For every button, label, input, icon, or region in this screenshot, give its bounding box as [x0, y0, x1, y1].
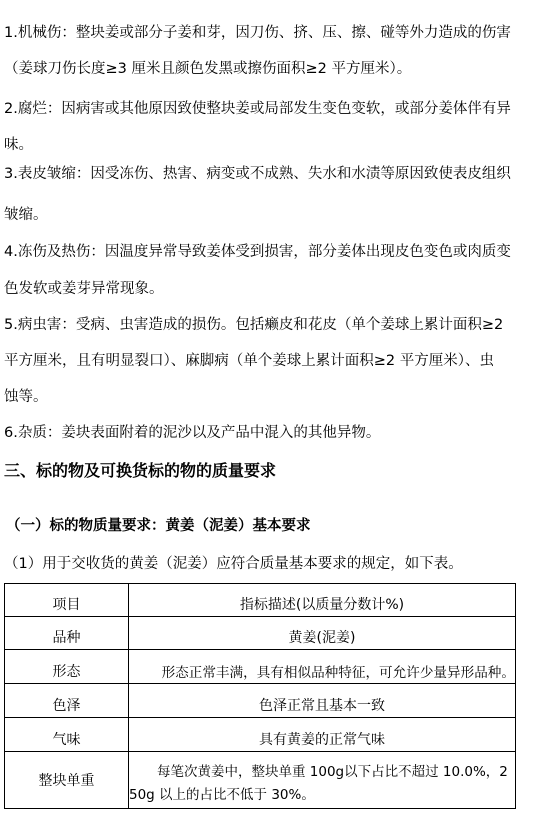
paragraph-5-line-3: 蚀等。 — [4, 378, 48, 416]
paragraph-5-line-2: 平方厘米，且有明显裂口）、麻脚病（单个姜球上累计面积≥2 平方厘米）、虫 — [4, 342, 494, 380]
paragraph-3-line-1: 3.表皮皱缩：因受冻伤、热害、病变或不成熟、失水和水渍等原因致使表皮组织 — [4, 155, 511, 193]
table-header-cell: 项目 — [5, 584, 129, 617]
table-cell-description: 形态正常丰满，具有相似品种特征，可允许少量异形品种。 — [129, 650, 516, 684]
paragraph-6-line-1: 6.杂质：姜块表面附着的泥沙以及产品中混入的其他异物。 — [4, 414, 380, 452]
quality-requirements-table: 项目 指标描述(以质量分数计%) 品种 黄姜(泥姜) 形态 形态正常丰满，具有相… — [4, 583, 516, 809]
table-cell-description: 黄姜(泥姜) — [129, 617, 516, 650]
paragraph-4-line-2: 色发软或姜芽异常现象。 — [4, 270, 164, 308]
paragraph-5-line-1: 5.病虫害：受病、虫害造成的损伤。包括癞皮和花皮（单个姜球上累计面积≥2 — [4, 306, 503, 344]
table-cell-description: 每笔次黄姜中，整块单重 100g以下占比不超过 10.0%，250g 以上的占比… — [129, 752, 516, 809]
table-cell-item: 品种 — [5, 617, 129, 650]
table-header-cell: 指标描述(以质量分数计%) — [129, 584, 516, 617]
paragraph-1-line-2: （姜球刀伤长度≥3 厘米且颜色发黑或擦伤面积≥2 平方厘米）。 — [4, 50, 411, 88]
table-header-row: 项目 指标描述(以质量分数计%) — [5, 584, 516, 617]
table-cell-description: 具有黄姜的正常气味 — [129, 718, 516, 752]
table-cell-item: 整块单重 — [5, 752, 129, 809]
table-cell-item: 色泽 — [5, 684, 129, 718]
paragraph-2-line-1: 2.腐烂：因病害或其他原因致使整块姜或局部发生变色变软，或部分姜体伴有异 — [4, 90, 511, 128]
table-row: 气味 具有黄姜的正常气味 — [5, 718, 516, 752]
paragraph-3-line-2: 皱缩。 — [4, 196, 48, 234]
table-row: 整块单重 每笔次黄姜中，整块单重 100g以下占比不超过 10.0%，250g … — [5, 752, 516, 809]
table-cell-item: 气味 — [5, 718, 129, 752]
paragraph-1-line-1: 1.机械伤：整块姜或部分子姜和芽，因刀伤、挤、压、擦、碰等外力造成的伤害 — [4, 14, 511, 52]
weight-text-line-2: 50g 以上的占比不低于 30%。 — [129, 787, 315, 803]
table-cell-description: 色泽正常且基本一致 — [129, 684, 516, 718]
table-row: 品种 黄姜(泥姜) — [5, 617, 516, 650]
intro-paragraph: （1）用于交收货的黄姜（泥姜）应符合质量基本要求的规定，如下表。 — [4, 545, 463, 583]
table-row: 形态 形态正常丰满，具有相似品种特征，可允许少量异形品种。 — [5, 650, 516, 684]
table-cell-item: 形态 — [5, 650, 129, 684]
weight-text-line-1: 每笔次黄姜中，整块单重 100g以下占比不超过 10.0%，2 — [157, 764, 508, 780]
table-row: 色泽 色泽正常且基本一致 — [5, 684, 516, 718]
paragraph-4-line-1: 4.冻伤及热伤：因温度异常导致姜体受到损害，部分姜体出现皮色变色或肉质变 — [4, 233, 511, 271]
subsection-heading: （一）标的物质量要求：黄姜（泥姜）基本要求 — [6, 514, 311, 535]
section-heading: 三、标的物及可换货标的物的质量要求 — [4, 458, 276, 481]
